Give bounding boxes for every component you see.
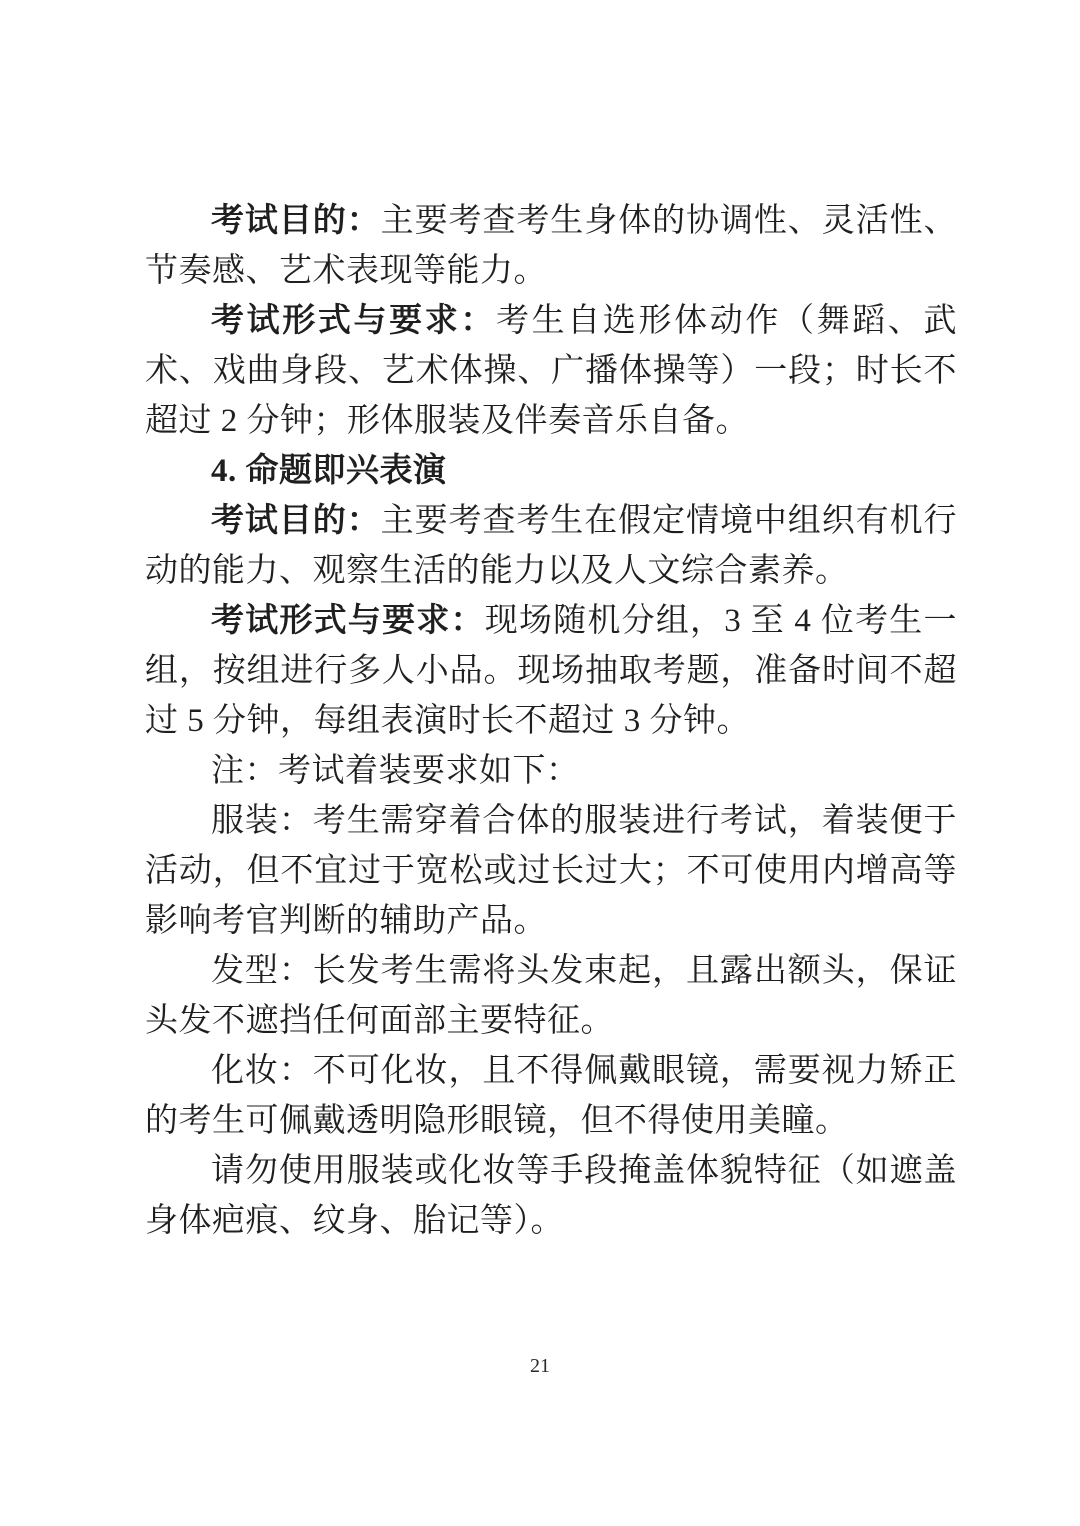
- paragraph-text: 发型：长发考生需将头发束起，且露出额头，保证头发不遮挡任何面部主要特征。: [145, 953, 957, 1039]
- section-heading-improv-performance: 4. 命题即兴表演: [145, 446, 957, 496]
- bold-lead-exam-purpose-1: 考试目的：: [211, 203, 381, 239]
- paragraph-clothing-requirements: 服装：考生需穿着合体的服装进行考试，着装便于活动，但不宜过于宽松或过长过大；不可…: [145, 796, 957, 946]
- paragraph-text: 请勿使用服装或化妆等手段掩盖体貌特征（如遮盖身体疤痕、纹身、胎记等）。: [145, 1153, 957, 1239]
- document-page: 考试目的：主要考查考生身体的协调性、灵活性、节奏感、艺术表现等能力。 考试形式与…: [0, 0, 1080, 1526]
- page-number: 21: [0, 1355, 1080, 1378]
- heading-text: 4. 命题即兴表演: [211, 453, 447, 489]
- paragraph-no-concealment: 请勿使用服装或化妆等手段掩盖体貌特征（如遮盖身体疤痕、纹身、胎记等）。: [145, 1146, 957, 1246]
- paragraph-hairstyle-requirements: 发型：长发考生需将头发束起，且露出额头，保证头发不遮挡任何面部主要特征。: [145, 946, 957, 1046]
- bold-lead-exam-format-1: 考试形式与要求：: [211, 303, 496, 339]
- paragraph-exam-purpose-1: 考试目的：主要考查考生身体的协调性、灵活性、节奏感、艺术表现等能力。: [145, 196, 957, 296]
- bold-lead-exam-purpose-2: 考试目的：: [211, 503, 381, 539]
- paragraph-text: 注：考试着装要求如下：: [211, 753, 580, 789]
- paragraph-exam-format-2: 考试形式与要求：现场随机分组，3 至 4 位考生一组，按组进行多人小品。现场抽取…: [145, 596, 957, 746]
- paragraph-text: 服装：考生需穿着合体的服装进行考试，着装便于活动，但不宜过于宽松或过长过大；不可…: [145, 803, 957, 939]
- bold-lead-exam-format-2: 考试形式与要求：: [211, 603, 485, 639]
- paragraph-exam-format-1: 考试形式与要求：考生自选形体动作（舞蹈、武术、戏曲身段、艺术体操、广播体操等）一…: [145, 296, 957, 446]
- paragraph-text: 化妆：不可化妆，且不得佩戴眼镜，需要视力矫正的考生可佩戴透明隐形眼镜，但不得使用…: [145, 1053, 957, 1139]
- document-body: 考试目的：主要考查考生身体的协调性、灵活性、节奏感、艺术表现等能力。 考试形式与…: [145, 196, 957, 1246]
- paragraph-note-dress-code: 注：考试着装要求如下：: [145, 746, 957, 796]
- paragraph-exam-purpose-2: 考试目的：主要考查考生在假定情境中组织有机行动的能力、观察生活的能力以及人文综合…: [145, 496, 957, 596]
- paragraph-makeup-requirements: 化妆：不可化妆，且不得佩戴眼镜，需要视力矫正的考生可佩戴透明隐形眼镜，但不得使用…: [145, 1046, 957, 1146]
